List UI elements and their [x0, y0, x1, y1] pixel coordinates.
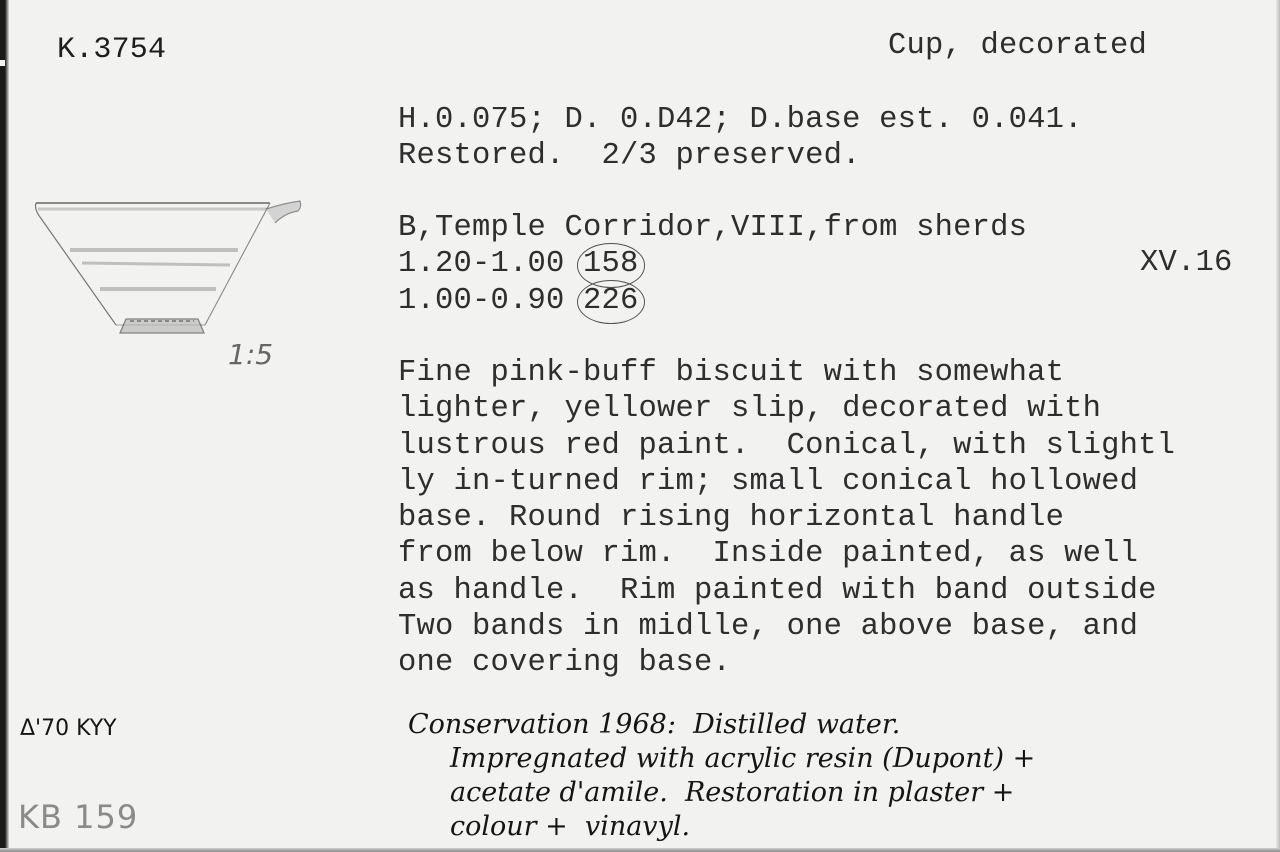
card-left-edge — [0, 0, 9, 852]
description-line: from below rim. Inside painted, as well — [398, 537, 1138, 571]
conservation-line: Conservation 1968: Distilled water. — [408, 709, 900, 740]
description-line: one covering base. — [398, 646, 731, 680]
description-line: Two bands in midlle, one above base, and — [398, 610, 1138, 644]
lot-number-circled: 226 — [583, 283, 639, 319]
findspot-block: B,Temple Corridor,VIII,from sherds 1.20-… — [398, 210, 1027, 319]
kb-reference: KB 159 — [18, 798, 138, 836]
description-line: as handle. Rim painted with band outside — [398, 574, 1157, 608]
description-block: Fine pink-buff biscuit with somewhat lig… — [398, 355, 1175, 682]
lot-number-circled: 158 — [583, 246, 639, 282]
conservation-line: Impregnated with acrylic resin (Dupont) … — [408, 743, 1035, 774]
object-type: Cup, decorated — [888, 28, 1147, 64]
catalog-card: K.3754 Cup, decorated H.0.075; D. 0.D42;… — [0, 0, 1280, 852]
catalog-number: K.3754 — [57, 32, 166, 68]
description-line: Fine pink-buff biscuit with somewhat — [398, 356, 1064, 390]
conservation-line: colour + vinavyl. — [408, 811, 690, 842]
description-line: lighter, yellower slip, decorated with — [398, 392, 1101, 426]
cup-drawing-icon — [30, 195, 310, 340]
findspot-level: 1.00-0.90 226 — [398, 284, 639, 318]
dimensions-line: H.0.075; D. 0.D42; D.base est. 0.041. — [398, 103, 1083, 137]
description-line: base. Round rising horizontal handle — [398, 501, 1064, 535]
description-line: lustrous red paint. Conical, with slight… — [398, 429, 1175, 463]
card-bottom-edge — [0, 848, 1280, 852]
photo-reference: Δ'70 KYY — [20, 716, 117, 741]
findspot-location: B,Temple Corridor,VIII,from sherds — [398, 211, 1027, 245]
conservation-line: acetate d'amile. Restoration in plaster … — [408, 777, 1014, 808]
dimensions-block: H.0.075; D. 0.D42; D.base est. 0.041. Re… — [398, 102, 1083, 175]
findspot-level: 1.20-1.00 158 — [398, 247, 639, 281]
description-line: ly in-turned rim; small conical hollowed — [398, 465, 1138, 499]
preservation-line: Restored. 2/3 preserved. — [398, 139, 861, 173]
conservation-note: Conservation 1968: Distilled water. Impr… — [408, 708, 1035, 844]
card-right-edge — [1276, 0, 1280, 852]
plate-reference: XV.16 — [1140, 245, 1233, 281]
drawing-scale: 1:5 — [228, 338, 273, 371]
